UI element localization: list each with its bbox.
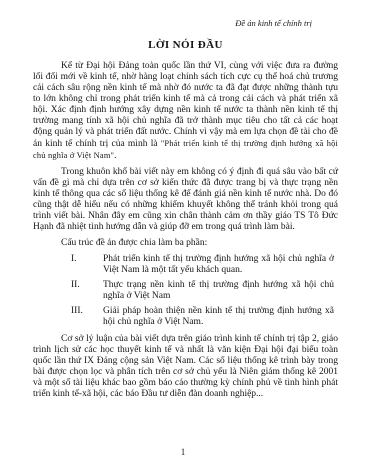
sources-paragraph: Cơ sở lý luận của bài viết dựa trên giáo… xyxy=(33,334,338,400)
page-number: 1 xyxy=(0,447,366,457)
intro-paragraph: Kể từ Đại hội Đảng toàn quốc lần thứ VI,… xyxy=(33,61,338,162)
intro-paragraph-text: Kể từ Đại hội Đảng toàn quốc lần thứ VI,… xyxy=(33,61,338,149)
outline-item-2-numeral: II. xyxy=(71,280,103,302)
running-header: Đề án kinh tế chính trị xyxy=(33,18,312,28)
scope-paragraph: Trong khuôn khổ bài viết này em không có… xyxy=(33,167,338,233)
intro-paragraph-end: . xyxy=(114,151,116,161)
outline-item-3-text: Giải pháp hoàn thiện nền kinh tế thị trư… xyxy=(103,306,338,328)
outline-item-2: II. Thực trạng nền kinh tế thị trường đị… xyxy=(71,280,338,302)
document-page: Đề án kinh tế chính trị LỜI NÓI ĐẦU Kể t… xyxy=(0,0,366,473)
outline-intro: Cấu trúc đề án được chia làm ba phần: xyxy=(33,238,338,249)
outline-list: I. Phát triển kinh tế thị trường định hư… xyxy=(71,254,338,328)
outline-item-1: I. Phát triển kinh tế thị trường định hư… xyxy=(71,254,338,276)
outline-item-3: III. Giải pháp hoàn thiện nền kinh tế th… xyxy=(71,306,338,328)
outline-item-3-numeral: III. xyxy=(71,306,103,328)
outline-item-1-numeral: I. xyxy=(71,254,103,276)
outline-item-2-text: Thực trạng nền kinh tế thị trường định h… xyxy=(103,280,338,302)
outline-item-1-text: Phát triển kinh tế thị trường định hướng… xyxy=(103,254,338,276)
page-title: LỜI NÓI ĐẦU xyxy=(33,39,338,52)
